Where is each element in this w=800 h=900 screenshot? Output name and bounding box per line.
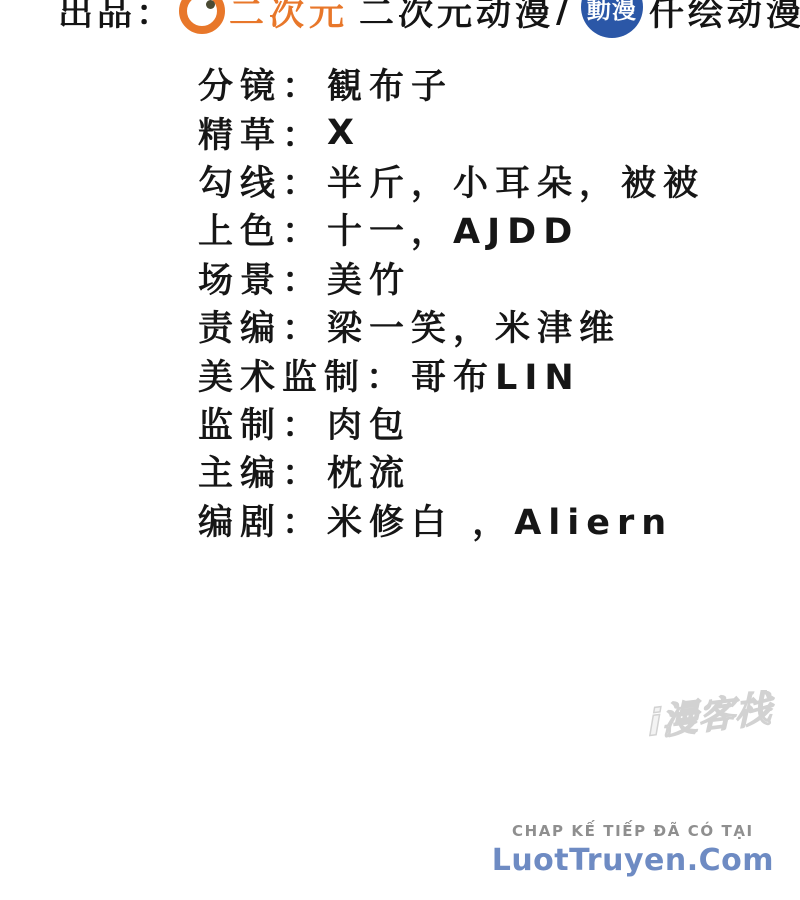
producer-row: 出品： 二次元 二次元动漫 / 動漫 仟绘动漫 xyxy=(58,0,800,38)
credit-colon: ： xyxy=(282,301,317,351)
spiral-logo-icon xyxy=(179,0,225,34)
credit-person-value: 肉包 xyxy=(327,398,411,448)
brand2-logo-text: 動漫 xyxy=(587,0,637,25)
logo-dot-icon xyxy=(206,0,215,9)
credit-person-value: X xyxy=(327,113,361,153)
credit-row: 精草 ： X xyxy=(198,108,705,156)
footer-tagline: CHAP KẾ TIẾP ĐÃ CÓ TẠI xyxy=(492,822,774,840)
credit-person-value: 梁一笑，米津维 xyxy=(327,301,621,351)
credit-role-label: 美术监制 xyxy=(198,350,366,400)
credit-row: 美术监制 ： 哥布LIN xyxy=(198,350,705,398)
producer-label: 出品： xyxy=(58,0,175,36)
credit-role-label: 上色 xyxy=(198,204,282,254)
credit-row: 分镜 ： 観布子 xyxy=(198,60,705,108)
brand-separator: / xyxy=(556,0,573,31)
credit-person-value: 哥布LIN xyxy=(411,350,581,400)
credit-row: 监制 ： 肉包 xyxy=(198,399,705,447)
credit-row: 上色 ： 十一，AJDD xyxy=(198,205,705,253)
credit-person-value: 枕流 xyxy=(327,446,411,496)
credit-colon: ： xyxy=(282,204,317,254)
credit-role-label: 责编 xyxy=(198,301,282,351)
credit-colon: ： xyxy=(282,156,317,206)
credit-row: 场景 ： 美竹 xyxy=(198,254,705,302)
credit-person-value: 米修白 ，Aliern xyxy=(327,495,673,545)
footer-site-link: LuotTruyen.Com xyxy=(492,843,774,878)
credit-row: 勾线 ： 半斤，小耳朵，被被 xyxy=(198,157,705,205)
credit-colon: ： xyxy=(282,108,317,158)
credit-person-value: 美竹 xyxy=(327,253,411,303)
credit-role-label: 主编 xyxy=(198,446,282,496)
credit-person-value: 観布子 xyxy=(327,59,453,109)
credit-row: 编剧 ： 米修白 ，Aliern xyxy=(198,496,705,544)
credit-colon: ： xyxy=(366,350,401,400)
brand1-name: 二次元动漫 xyxy=(359,0,554,36)
credit-role-label: 分镜 xyxy=(198,59,282,109)
credit-role-label: 精草 xyxy=(198,108,282,158)
credit-role-label: 监制 xyxy=(198,398,282,448)
credit-row: 责编 ： 梁一笑，米津维 xyxy=(198,302,705,350)
credit-role-label: 勾线 xyxy=(198,156,282,206)
credit-person-value: 十一，AJDD xyxy=(327,204,579,254)
mankezhan-watermark-logo: i漫客栈 xyxy=(648,680,772,746)
credit-colon: ： xyxy=(282,495,317,545)
credit-colon: ： xyxy=(282,253,317,303)
brand2-name: 仟绘动漫 xyxy=(649,0,800,36)
credit-person-value: 半斤，小耳朵，被被 xyxy=(327,156,705,206)
footer-watermark-block: CHAP KẾ TIẾP ĐÃ CÓ TẠI LuotTruyen.Com xyxy=(492,822,774,878)
brand1-wordmark: 二次元 xyxy=(229,0,349,36)
credit-row: 主编 ： 枕流 xyxy=(198,447,705,495)
comic-credits-page: 出品： 二次元 二次元动漫 / 動漫 仟绘动漫 分镜 ： 観布子 精草 ： X … xyxy=(0,0,800,900)
credit-colon: ： xyxy=(282,59,317,109)
donman-circle-logo-icon: 動漫 xyxy=(581,0,643,38)
credits-list: 分镜 ： 観布子 精草 ： X 勾线 ： 半斤，小耳朵，被被 上色 ： 十一，A… xyxy=(198,60,705,544)
credit-role-label: 场景 xyxy=(198,253,282,303)
credit-colon: ： xyxy=(282,398,317,448)
credit-colon: ： xyxy=(282,446,317,496)
credit-role-label: 编剧 xyxy=(198,495,282,545)
